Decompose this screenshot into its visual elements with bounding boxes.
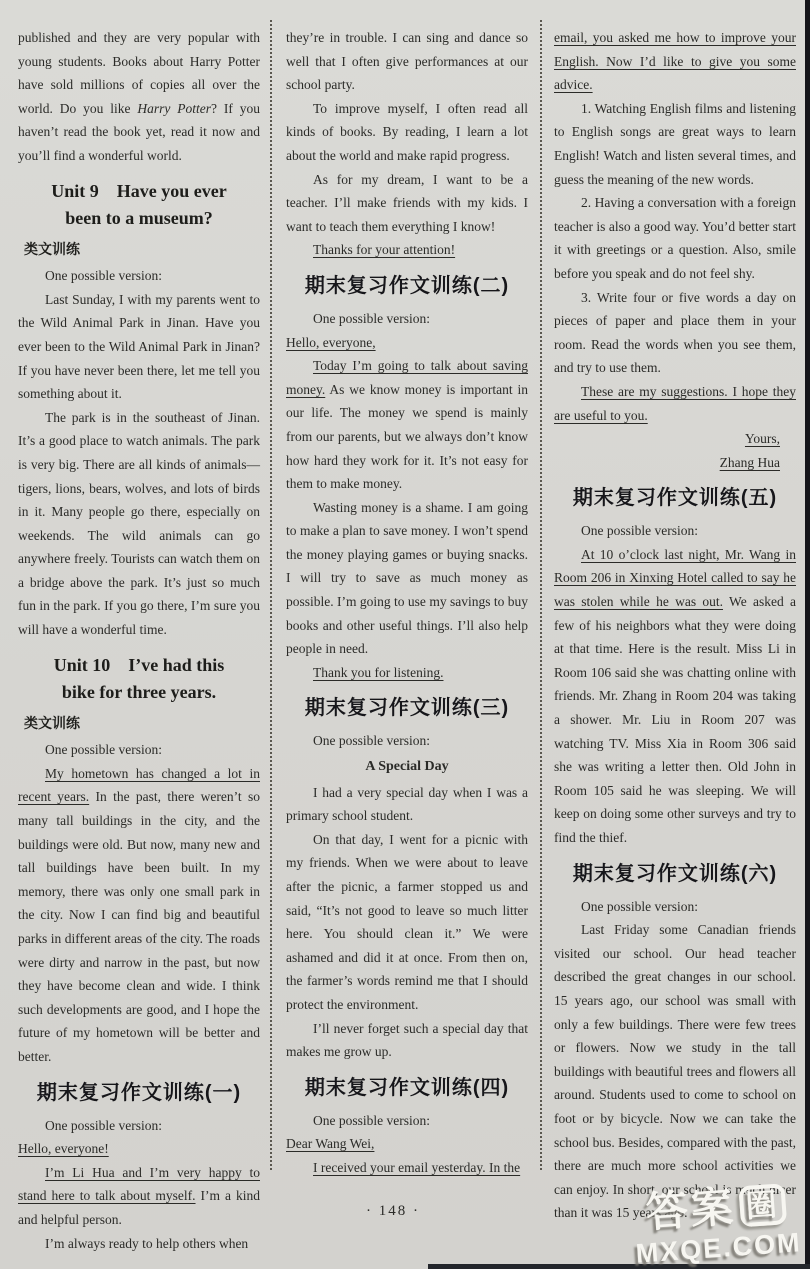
paragraph: To improve myself, I often read all kind… <box>286 97 528 168</box>
underlined-text: Hello, everyone, <box>286 335 376 350</box>
text-run: On that day, I went for a picnic with my… <box>286 832 528 1012</box>
paragraph: I’m Li Hua and I’m very happy to stand h… <box>18 1161 260 1232</box>
text-run: To improve myself, I often read all kind… <box>286 101 528 163</box>
watermark-brand: 答案 圈 <box>632 1180 801 1235</box>
paragraph: Last Friday some Canadian friends visite… <box>554 918 796 1225</box>
paragraph: Dear Wang Wei, <box>286 1132 528 1156</box>
column-divider <box>270 20 272 1170</box>
text-run: One possible version: <box>45 742 162 757</box>
paragraph: 2. Having a conversation with a foreign … <box>554 191 796 285</box>
text-run: 期末复习作文训练(二) <box>305 275 509 297</box>
text-run: 类文训练 <box>24 241 80 257</box>
section-heading: 期末复习作文训练(六) <box>554 859 796 889</box>
page-columns: published and they are very popular with… <box>0 0 810 1255</box>
paragraph: published and they are very popular with… <box>18 26 260 168</box>
text-run: One possible version: <box>313 1113 430 1128</box>
text-run: 2. Having a conversation with a foreign … <box>554 195 796 281</box>
paragraph: Thanks for your attention! <box>286 238 528 262</box>
paragraph: On that day, I went for a picnic with my… <box>286 828 528 1017</box>
watermark-brand-text: 答案 <box>644 1185 737 1235</box>
underlined-text: These are my suggestions. I hope they ar… <box>554 384 796 423</box>
text-run: The park is in the southeast of Jinan. I… <box>18 410 260 637</box>
paragraph: Hello, everyone! <box>18 1137 260 1161</box>
paragraph: Last Sunday, I with my parents went to t… <box>18 288 260 406</box>
text-run: As for my dream, I want to be a teacher.… <box>286 172 528 234</box>
section-heading: 期末复习作文训练(二) <box>286 271 528 301</box>
paragraph: One possible version: <box>286 1109 528 1133</box>
signature-line: Zhang Hua <box>554 451 796 475</box>
paragraph: I’m always ready to help others when <box>18 1232 260 1256</box>
paragraph: Thank you for listening. <box>286 661 528 685</box>
category-label: 类文训练 <box>18 238 260 262</box>
underlined-text: Dear Wang Wei, <box>286 1136 374 1151</box>
text-run: Zhang Hua <box>720 455 780 470</box>
text-run: they’re in trouble. I can sing and dance… <box>286 30 528 92</box>
text-run: Last Sunday, I with my parents went to t… <box>18 292 260 401</box>
text-run: Unit 9 Have you ever <box>51 181 226 201</box>
text-run: I’m always ready to help others when <box>45 1236 248 1251</box>
text-column-3: email, you asked me how to improve your … <box>554 26 796 1255</box>
paragraph: One possible version: <box>18 264 260 288</box>
section-heading: 期末复习作文训练(四) <box>286 1073 528 1103</box>
paragraph: The park is in the southeast of Jinan. I… <box>18 406 260 642</box>
text-run: One possible version: <box>313 311 430 326</box>
text-run: Last Friday some Canadian friends visite… <box>554 922 796 1220</box>
paragraph: My hometown has changed a lot in recent … <box>18 762 260 1069</box>
underlined-text: I received your email yesterday. In the <box>313 1160 520 1175</box>
paragraph: Wasting money is a shame. I am going to … <box>286 496 528 661</box>
paragraph: At 10 o’clock last night, Mr. Wang in Ro… <box>554 543 796 850</box>
paragraph: I’ll never forget such a special day tha… <box>286 1017 528 1064</box>
column-divider <box>540 20 542 1170</box>
text-run: One possible version: <box>581 899 698 914</box>
underlined-text: Thanks for your attention! <box>313 242 455 257</box>
text-run: One possible version: <box>45 268 162 283</box>
text-run: 期末复习作文训练(六) <box>573 863 777 885</box>
paragraph: One possible version: <box>554 519 796 543</box>
text-run: Wasting money is a shame. I am going to … <box>286 500 528 657</box>
section-heading: 期末复习作文训练(三) <box>286 693 528 723</box>
paragraph: email, you asked me how to improve your … <box>554 26 796 97</box>
text-run: Yours, <box>745 431 780 446</box>
text-run: 期末复习作文训练(一) <box>37 1082 241 1104</box>
essay-title: A Special Day <box>286 755 528 779</box>
text-run: In the past, there weren’t so many tall … <box>18 789 260 1064</box>
text-column-1: published and they are very popular with… <box>18 26 260 1255</box>
text-run: 期末复习作文训练(四) <box>305 1077 509 1099</box>
text-run: A Special Day <box>365 759 448 774</box>
underlined-text: Hello, everyone! <box>18 1141 109 1156</box>
underlined-text: email, you asked me how to improve your … <box>554 30 796 92</box>
paragraph: I received your email yesterday. In the <box>286 1156 528 1180</box>
page-edge <box>805 0 810 1269</box>
watermark: 答案 圈 MXQE.COM <box>632 1180 803 1268</box>
text-run: One possible version: <box>581 523 698 538</box>
text-run: One possible version: <box>313 733 430 748</box>
book-page: { "page": { "number": "· 148 ·", "waterm… <box>0 0 810 1269</box>
text-column-2: they’re in trouble. I can sing and dance… <box>286 26 528 1255</box>
text-run: I’ll never forget such a special day tha… <box>286 1021 528 1060</box>
paragraph: 3. Write four or five words a day on pie… <box>554 286 796 380</box>
category-label: 类文训练 <box>18 712 260 736</box>
paragraph: they’re in trouble. I can sing and dance… <box>286 26 528 97</box>
paragraph: As for my dream, I want to be a teacher.… <box>286 168 528 239</box>
signature-line: Yours, <box>554 427 796 451</box>
paragraph: 1. Watching English films and listening … <box>554 97 796 191</box>
paragraph: I had a very special day when I was a pr… <box>286 781 528 828</box>
section-heading: 期末复习作文训练(五) <box>554 483 796 513</box>
text-run: 期末复习作文训练(五) <box>573 487 777 509</box>
text-run: Unit 10 I’ve had this <box>54 655 225 675</box>
paragraph: Today I’m going to talk about saving mon… <box>286 354 528 496</box>
text-run: 1. Watching English films and listening … <box>554 101 796 187</box>
paragraph: One possible version: <box>286 307 528 331</box>
paragraph: One possible version: <box>18 1114 260 1138</box>
unit-heading: Unit 10 I’ve had thisbike for three year… <box>18 652 260 706</box>
text-run: As we know money is important in our lif… <box>286 382 528 491</box>
underlined-text: Thank you for listening. <box>313 665 443 680</box>
unit-heading: Unit 9 Have you everbeen to a museum? <box>18 178 260 232</box>
paragraph: One possible version: <box>554 895 796 919</box>
text-run: We asked a few of his neighbors what the… <box>554 594 796 845</box>
paragraph: One possible version: <box>286 729 528 753</box>
text-run: been to a museum? <box>65 208 213 228</box>
page-number: · 148 · <box>366 1203 420 1220</box>
text-run: One possible version: <box>45 1118 162 1133</box>
text-run: bike for three years. <box>62 682 216 702</box>
paragraph: Hello, everyone, <box>286 331 528 355</box>
paragraph: One possible version: <box>18 738 260 762</box>
section-heading: 期末复习作文训练(一) <box>18 1078 260 1108</box>
text-run: 期末复习作文训练(三) <box>305 697 509 719</box>
watermark-badge-icon: 圈 <box>738 1183 787 1227</box>
paragraph: These are my suggestions. I hope they ar… <box>554 380 796 427</box>
text-run: 3. Write four or five words a day on pie… <box>554 290 796 376</box>
text-run: I had a very special day when I was a pr… <box>286 785 528 824</box>
text-run: 类文训练 <box>24 715 80 731</box>
page-bottom-edge <box>428 1264 810 1269</box>
italic-text: Harry Potter <box>137 101 211 116</box>
